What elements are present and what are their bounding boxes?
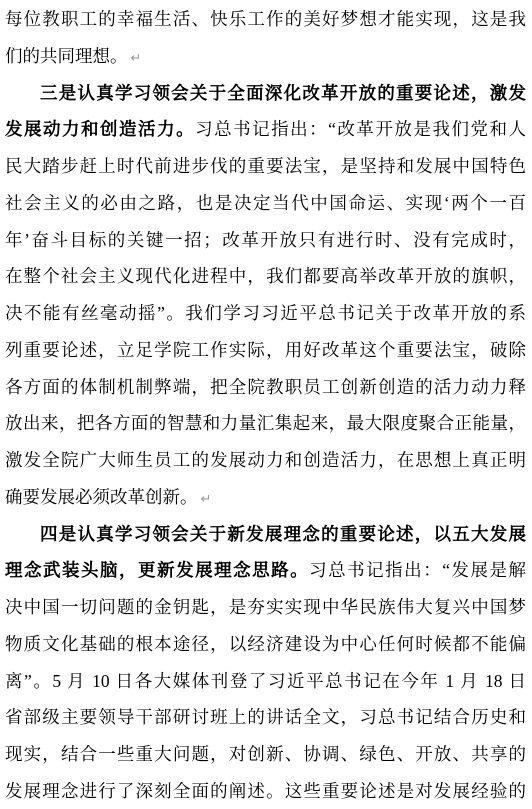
text-segment: 现实，结合一些重大问题，对创新、协调、绿色、开放、共享的	[5, 744, 526, 764]
text-segment: 放出来，把各方面的智慧和力量汇集起来，最大限度聚合正能量，	[5, 413, 526, 433]
text-line: 三是认真学习领会关于全面深化改革开放的重要论述，激发	[5, 75, 526, 112]
text-line: 发展动力和创造活力。习总书记指出：“改革开放是我们党和人	[5, 111, 526, 148]
text-line: 现实，结合一些重大问题，对创新、协调、绿色、开放、共享的	[5, 736, 526, 773]
text-line: 省部级主要领导干部研讨班上的讲话全文，习总书记结合历史和	[5, 699, 526, 736]
text-segment: 习总书记指出：“改革开放是我们党和人	[195, 119, 526, 139]
paragraph-mark-icon: ↵	[131, 51, 142, 66]
document-page: 每位教职工的幸福生活、快乐工作的美好梦想才能实现，这是我们的共同理想。↵三是认真…	[0, 0, 532, 809]
text-segment: 决中国一切问题的金钥匙，是夯实实现中华民族伟大复兴中国梦	[5, 597, 526, 617]
text-line: 年’奋斗目标的关键一招；改革开放只有进行时、没有完成时，	[5, 222, 526, 259]
text-line: 离”。5 月 10 日各大媒体刊登了习近平总书记在今年 1 月 18 日	[5, 663, 526, 700]
text-line: 理念武装头脑，更新发展理念思路。习总书记指出：“发展是解	[5, 552, 526, 589]
text-line: 放出来，把各方面的智慧和力量汇集起来，最大限度聚合正能量，	[5, 405, 526, 442]
text-segment: 社会主义的必由之路，也是决定当代中国命运、实现‘两个一百	[5, 193, 526, 213]
bold-text-segment: 四是认真学习领会关于新发展理念的重要论述，以五大发展	[40, 524, 526, 544]
text-line: 每位教职工的幸福生活、快乐工作的美好梦想才能实现，这是我	[5, 1, 526, 38]
text-segment: 发展理念进行了深刻全面的阐述。这些重要论述是对发展经验的	[5, 781, 526, 801]
text-segment: 离”。5 月 10 日各大媒体刊登了习近平总书记在今年 1 月 18 日	[5, 671, 526, 691]
text-line: 决中国一切问题的金钥匙，是夯实实现中华民族伟大复兴中国梦	[5, 589, 526, 626]
text-line: 四是认真学习领会关于新发展理念的重要论述，以五大发展	[5, 516, 526, 553]
text-segment: 省部级主要领导干部研讨班上的讲话全文，习总书记结合历史和	[5, 707, 526, 727]
text-segment: 在整个社会主义现代化进程中，我们都要高举改革开放的旗帜，	[5, 266, 526, 286]
text-line: 列重要论述，立足学院工作实际，用好改革这个重要法宝，破除	[5, 332, 526, 369]
text-segment: 激发全院广大师生员工的发展动力和创造活力，在思想上真正明	[5, 450, 526, 470]
paragraph-mark-icon: ↵	[201, 492, 212, 507]
document-text-body: 每位教职工的幸福生活、快乐工作的美好梦想才能实现，这是我们的共同理想。↵三是认真…	[0, 0, 532, 809]
text-line: 在整个社会主义现代化进程中，我们都要高举改革开放的旗帜，	[5, 258, 526, 295]
text-segment: 习总书记指出：“发展是解	[309, 560, 526, 580]
bold-text-segment: 发展动力和创造活力。	[5, 119, 195, 139]
text-segment: 各方面的体制机制弊端，把全院教职员工创新创造的活力动力释	[5, 377, 526, 397]
text-line: 物质文化基础的根本途径，以经济建设为中心任何时候都不能偏	[5, 626, 526, 663]
bold-text-segment: 三是认真学习领会关于全面深化改革开放的重要论述，激发	[40, 83, 526, 103]
text-line: 激发全院广大师生员工的发展动力和创造活力，在思想上真正明	[5, 442, 526, 479]
text-line: 民大踏步赶上时代前进步伐的重要法宝，是坚持和发展中国特色	[5, 148, 526, 185]
text-segment: 确要发展必须改革创新。	[5, 487, 198, 507]
text-segment: 决不能有丝毫动摇”。我们学习习近平总书记关于改革开放的系	[5, 303, 526, 323]
text-line: 决不能有丝毫动摇”。我们学习习近平总书记关于改革开放的系	[5, 295, 526, 332]
text-line: 各方面的体制机制弊端，把全院教职员工创新创造的活力动力释	[5, 369, 526, 406]
text-segment: 们的共同理想。	[5, 46, 128, 66]
text-segment: 物质文化基础的根本途径，以经济建设为中心任何时候都不能偏	[5, 634, 526, 654]
bold-text-segment: 理念武装头脑，更新发展理念思路。	[5, 560, 309, 580]
text-line: 发展理念进行了深刻全面的阐述。这些重要论述是对发展经验的	[5, 773, 526, 809]
text-segment: 民大踏步赶上时代前进步伐的重要法宝，是坚持和发展中国特色	[5, 156, 526, 176]
text-line: 们的共同理想。↵	[5, 38, 526, 75]
text-segment: 每位教职工的幸福生活、快乐工作的美好梦想才能实现，这是我	[5, 9, 526, 29]
text-segment: 年’奋斗目标的关键一招；改革开放只有进行时、没有完成时，	[5, 230, 526, 250]
text-line: 确要发展必须改革创新。↵	[5, 479, 526, 516]
text-line: 社会主义的必由之路，也是决定当代中国命运、实现‘两个一百	[5, 185, 526, 222]
text-segment: 列重要论述，立足学院工作实际，用好改革这个重要法宝，破除	[5, 340, 526, 360]
